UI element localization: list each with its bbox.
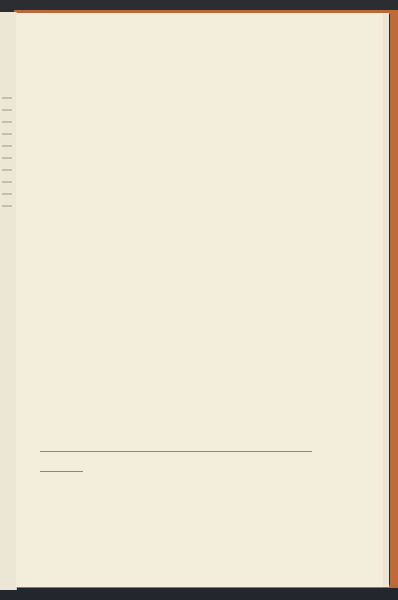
scan-background-bottom	[0, 588, 398, 600]
page-edge	[383, 13, 389, 587]
footnote-rule	[40, 471, 83, 472]
facing-page-edge	[0, 12, 17, 590]
book-cover-edge	[390, 10, 398, 590]
apparatus-rule	[40, 451, 312, 452]
book-page	[16, 13, 389, 587]
page-header	[40, 48, 316, 62]
apparatus-entry	[40, 455, 316, 464]
